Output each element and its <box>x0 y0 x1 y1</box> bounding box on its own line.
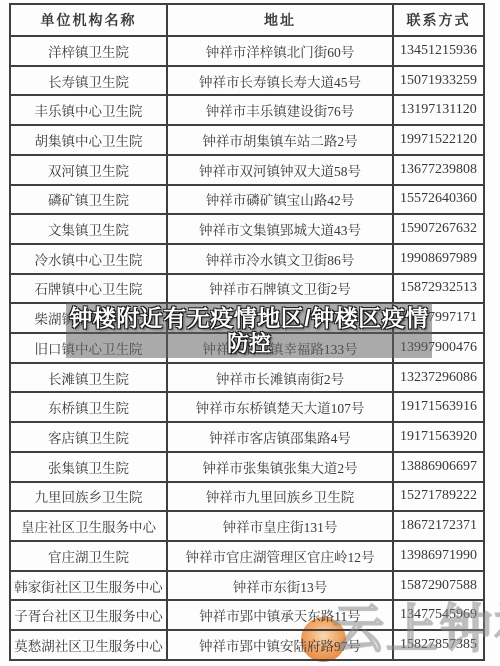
address-cell: 钟祥市丰乐镇建设街76号 <box>167 95 393 125</box>
address-cell: 钟祥市长滩镇南街2号 <box>167 363 393 393</box>
institution-name-cell: 莫愁湖社区卫生服务中心 <box>10 630 167 660</box>
institution-name-cell: 石牌镇中心卫生院 <box>10 274 167 304</box>
institution-name-cell: 长寿镇卫生院 <box>10 66 167 96</box>
table-row: 洋梓镇卫生院钟祥市洋梓镇北门街60号13451215936 <box>10 36 484 66</box>
phone-cell: 19908697989 <box>393 244 484 274</box>
address-cell: 钟祥市东街13号 <box>167 571 393 601</box>
header-institution-name: 单位机构名称 <box>10 4 167 36</box>
institution-name-cell: 客店镇卫生院 <box>10 422 167 452</box>
table-row: 张集镇卫生院钟祥市张集镇张集大道2号13886906697 <box>10 452 484 482</box>
address-cell: 钟祥市胡集镇车站二路2号 <box>167 125 393 155</box>
address-cell: 钟祥市双河镇钟双大道58号 <box>167 155 393 185</box>
phone-cell: 13451215936 <box>393 36 484 66</box>
caption-line-2: 防控 <box>227 331 271 357</box>
institution-name-cell: 东桥镇卫生院 <box>10 392 167 422</box>
table-row: 丰乐镇中心卫生院钟祥市丰乐镇建设街76号13197131120 <box>10 95 484 125</box>
header-address: 地址 <box>167 4 393 36</box>
institution-name-cell: 官庄湖卫生院 <box>10 541 167 571</box>
address-cell: 钟祥市九里回族乡卫生院 <box>167 482 393 512</box>
institution-name-cell: 韩家街社区卫生服务中心 <box>10 571 167 601</box>
phone-cell: 15907267632 <box>393 214 484 244</box>
table-row: 莫愁湖社区卫生服务中心钟祥市郢中镇安陆府路97号15827857385 <box>10 630 484 660</box>
address-cell: 钟祥市文集镇郢城大道43号 <box>167 214 393 244</box>
table-row: 胡集镇中心卫生院钟祥市胡集镇车站二路2号19971522120 <box>10 125 484 155</box>
phone-cell: 15572640360 <box>393 185 484 215</box>
phone-cell: 13197131120 <box>393 95 484 125</box>
institution-name-cell: 文集镇卫生院 <box>10 214 167 244</box>
header-contact: 联系方式 <box>393 4 484 36</box>
phone-cell: 15071933259 <box>393 66 484 96</box>
institution-name-cell: 张集镇卫生院 <box>10 452 167 482</box>
institution-name-cell: 子胥台社区卫生服务中心 <box>10 600 167 630</box>
table-row: 冷水镇中心卫生院钟祥市冷水镇文卫街86号19908697989 <box>10 244 484 274</box>
address-cell: 钟祥市张集镇张集大道2号 <box>167 452 393 482</box>
phone-cell: 15872932513 <box>393 274 484 304</box>
caption-overlay: 钟楼附近有无疫情地区/钟楼区疫情 防控 <box>66 303 432 358</box>
address-cell: 钟祥市磷矿镇宝山路42号 <box>167 185 393 215</box>
address-cell: 钟祥市长寿镇长寿大道45号 <box>167 66 393 96</box>
table-row: 官庄湖卫生院钟祥市官庄湖管理区官庄岭12号13986971990 <box>10 541 484 571</box>
address-cell: 钟祥市石牌镇文卫街2号 <box>167 274 393 304</box>
table-row: 九里回族乡卫生院钟祥市九里回族乡卫生院15271789222 <box>10 482 484 512</box>
phone-cell: 13477545969 <box>393 600 484 630</box>
phone-cell: 18672172371 <box>393 511 484 541</box>
institution-name-cell: 九里回族乡卫生院 <box>10 482 167 512</box>
phone-cell: 13886906697 <box>393 452 484 482</box>
table-row: 文集镇卫生院钟祥市文集镇郢城大道43号15907267632 <box>10 214 484 244</box>
institution-name-cell: 长滩镇卫生院 <box>10 363 167 393</box>
table-row: 韩家街社区卫生服务中心钟祥市东街13号15872907588 <box>10 571 484 601</box>
table-row: 磷矿镇卫生院钟祥市磷矿镇宝山路42号15572640360 <box>10 185 484 215</box>
phone-cell: 15271789222 <box>393 482 484 512</box>
table-row: 长寿镇卫生院钟祥市长寿镇长寿大道45号15071933259 <box>10 66 484 96</box>
address-cell: 钟祥市皇庄街131号 <box>167 511 393 541</box>
caption-line-1: 钟楼附近有无疫情地区/钟楼区疫情 <box>69 305 428 331</box>
table-row: 子胥台社区卫生服务中心钟祥市郢中镇承天东路11号13477545969 <box>10 600 484 630</box>
address-cell: 钟祥市客店镇邵集路4号 <box>167 422 393 452</box>
phone-cell: 15872907588 <box>393 571 484 601</box>
phone-cell: 19971522120 <box>393 125 484 155</box>
table-header-row: 单位机构名称 地址 联系方式 <box>10 4 484 36</box>
table-row: 皇庄社区卫生服务中心钟祥市皇庄街131号18672172371 <box>10 511 484 541</box>
address-cell: 钟祥市东桥镇楚天大道107号 <box>167 392 393 422</box>
table-row: 长滩镇卫生院钟祥市长滩镇南街2号13237296086 <box>10 363 484 393</box>
table-row: 双河镇卫生院钟祥市双河镇钟双大道58号13677239808 <box>10 155 484 185</box>
table-row: 客店镇卫生院钟祥市客店镇邵集路4号19171563920 <box>10 422 484 452</box>
table-row: 石牌镇中心卫生院钟祥市石牌镇文卫街2号15872932513 <box>10 274 484 304</box>
phone-cell: 13237296086 <box>393 363 484 393</box>
institution-name-cell: 双河镇卫生院 <box>10 155 167 185</box>
phone-cell: 13677239808 <box>393 155 484 185</box>
address-cell: 钟祥市官庄湖管理区官庄岭12号 <box>167 541 393 571</box>
phone-cell: 15827857385 <box>393 630 484 660</box>
phone-cell: 13986971990 <box>393 541 484 571</box>
institution-name-cell: 丰乐镇中心卫生院 <box>10 95 167 125</box>
institution-name-cell: 洋梓镇卫生院 <box>10 36 167 66</box>
institution-name-cell: 磷矿镇卫生院 <box>10 185 167 215</box>
institution-name-cell: 胡集镇中心卫生院 <box>10 125 167 155</box>
phone-cell: 19171563916 <box>393 392 484 422</box>
address-cell: 钟祥市冷水镇文卫街86号 <box>167 244 393 274</box>
institution-name-cell: 皇庄社区卫生服务中心 <box>10 511 167 541</box>
institution-name-cell: 冷水镇中心卫生院 <box>10 244 167 274</box>
table-row: 东桥镇卫生院钟祥市东桥镇楚天大道107号19171563916 <box>10 392 484 422</box>
address-cell: 钟祥市郢中镇承天东路11号 <box>167 600 393 630</box>
phone-cell: 19171563920 <box>393 422 484 452</box>
address-cell: 钟祥市洋梓镇北门街60号 <box>167 36 393 66</box>
address-cell: 钟祥市郢中镇安陆府路97号 <box>167 630 393 660</box>
